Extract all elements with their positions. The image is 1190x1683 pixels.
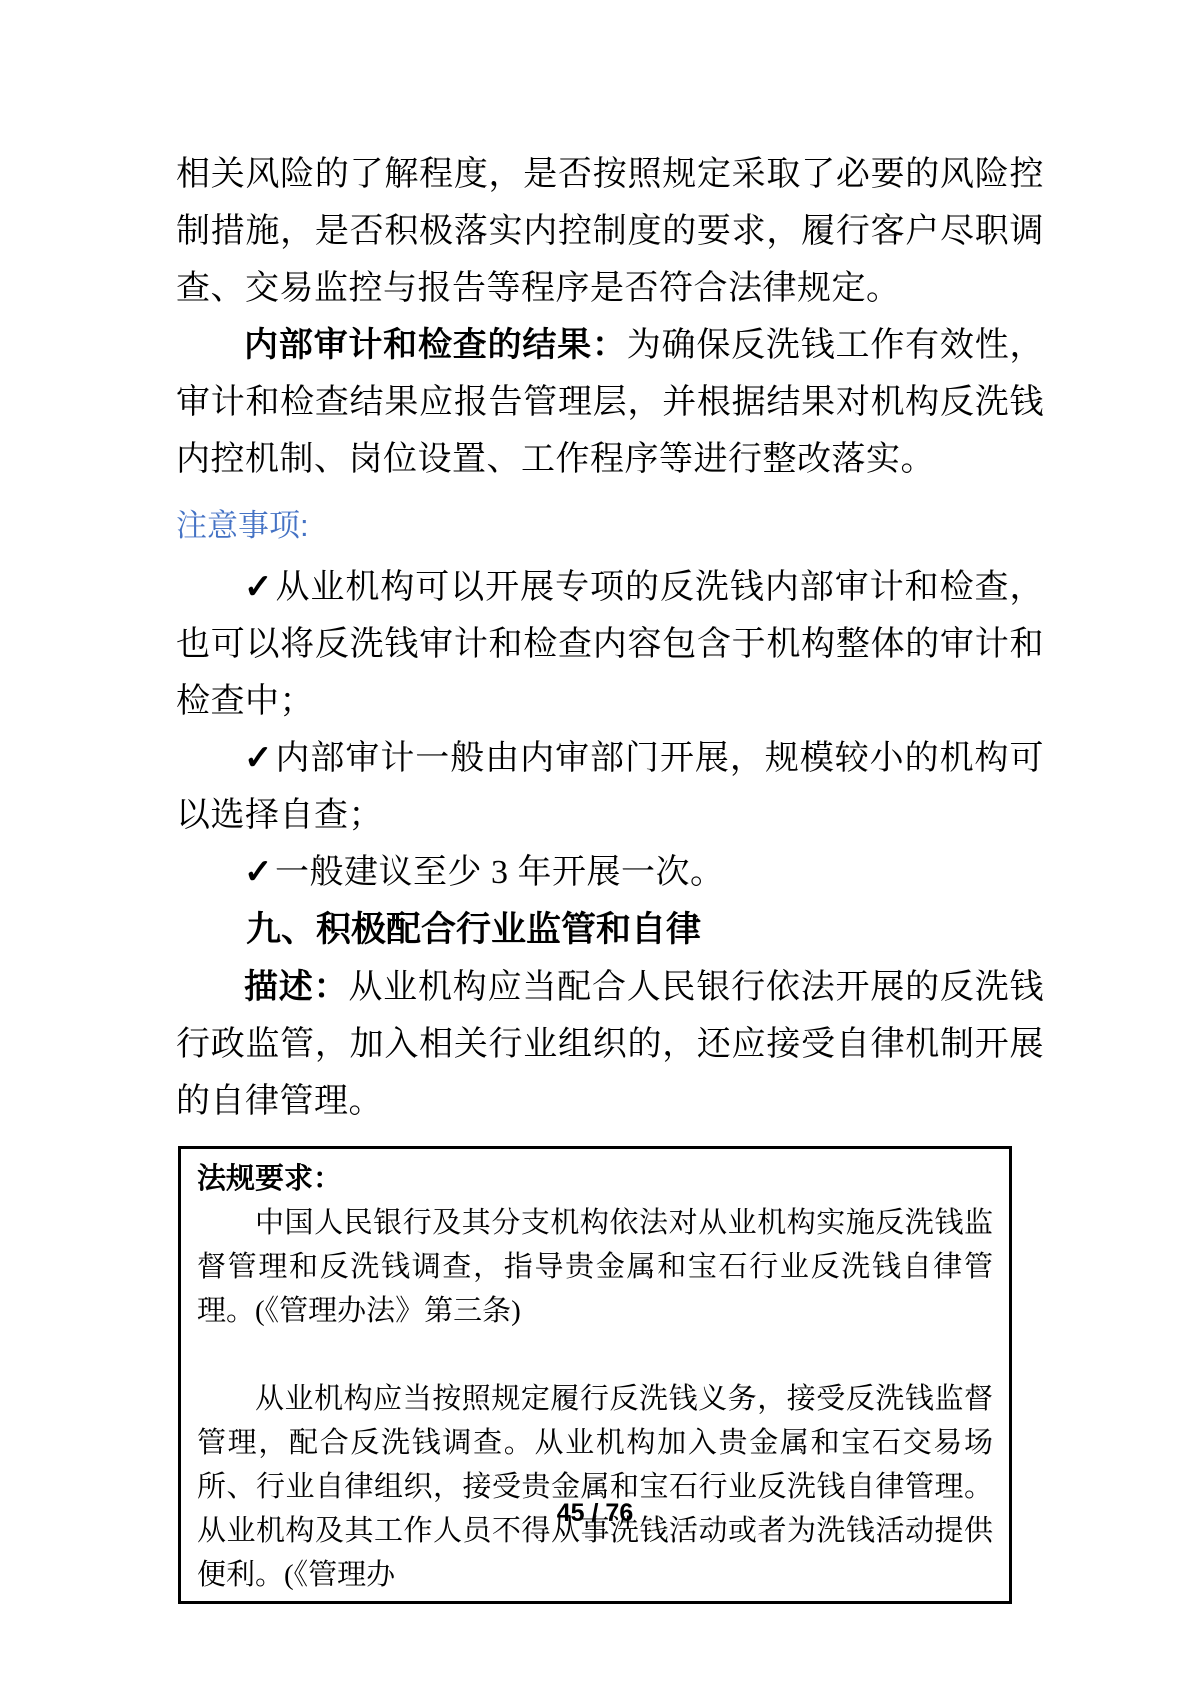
section-heading-nine: 九、积极配合行业监管和自律 (176, 901, 1044, 959)
checkmark-icon: ✓ (244, 569, 275, 606)
regulation-paragraph-obligations: 从业机构应当按照规定履行反洗钱义务，接受反洗钱监督管理，配合反洗钱调查。从业机构… (197, 1377, 993, 1597)
checkmark-icon: ✓ (244, 740, 275, 777)
paragraph-description: 描述：从业机构应当配合人民银行依法开展的反洗钱行政监管，加入相关行业组织的，还应… (176, 959, 1044, 1130)
page-number-text: 45 / 76 (557, 1499, 633, 1527)
bullet-item-frequency-text: 一般建议至少 3 年开展一次。 (275, 854, 725, 891)
bullet-item-frequency: ✓一般建议至少 3 年开展一次。 (176, 844, 1044, 901)
regulation-paragraph-pboc: 中国人民银行及其分支机构依法对从业机构实施反洗钱监督管理和反洗钱调查，指导贵金属… (197, 1201, 993, 1333)
document-content: 相关风险的了解程度，是否按照规定采取了必要的风险控制措施，是否积极落实内控制度的… (176, 146, 1044, 1604)
note-label: 注意事项: (176, 503, 1044, 549)
regulation-box-title: 法规要求： (197, 1157, 993, 1201)
note-label-text: 注意事项: (176, 508, 309, 543)
regulation-box-title-text: 法规要求： (197, 1163, 342, 1195)
regulation-requirements-box: 法规要求： 中国人民银行及其分支机构依法对从业机构实施反洗钱监督管理和反洗钱调查… (178, 1146, 1012, 1604)
bullet-item-internal-audit-dept: ✓内部审计一般由内审部门开展，规模较小的机构可以选择自查； (176, 730, 1044, 844)
paragraph-audit-results-lead: 内部审计和检查的结果： (244, 327, 627, 364)
checkmark-icon: ✓ (244, 854, 275, 891)
page-number-indicator: 45 / 76 (0, 1497, 1190, 1529)
blank-line (197, 1333, 993, 1377)
paragraph-risk-control-text: 相关风险的了解程度，是否按照规定采取了必要的风险控制措施，是否积极落实内控制度的… (176, 156, 1044, 307)
paragraph-description-lead: 描述： (244, 969, 348, 1006)
paragraph-risk-control: 相关风险的了解程度，是否按照规定采取了必要的风险控制措施，是否积极落实内控制度的… (176, 146, 1044, 317)
bullet-item-internal-audit-dept-text: 内部审计一般由内审部门开展，规模较小的机构可以选择自查； (176, 740, 1044, 834)
document-page: 相关风险的了解程度，是否按照规定采取了必要的风险控制措施，是否积极落实内控制度的… (0, 0, 1190, 1683)
paragraph-audit-results: 内部审计和检查的结果：为确保反洗钱工作有效性，审计和检查结果应报告管理层，并根据… (176, 317, 1044, 488)
regulation-paragraph-pboc-text: 中国人民银行及其分支机构依法对从业机构实施反洗钱监督管理和反洗钱调查，指导贵金属… (197, 1207, 993, 1327)
section-heading-nine-text: 九、积极配合行业监管和自律 (246, 910, 701, 949)
bullet-item-special-audit: ✓从业机构可以开展专项的反洗钱内部审计和检查，也可以将反洗钱审计和检查内容包含于… (176, 559, 1044, 730)
bullet-item-special-audit-text: 从业机构可以开展专项的反洗钱内部审计和检查，也可以将反洗钱审计和检查内容包含于机… (176, 569, 1044, 720)
regulation-paragraph-obligations-text: 从业机构应当按照规定履行反洗钱义务，接受反洗钱监督管理，配合反洗钱调查。从业机构… (197, 1383, 993, 1591)
